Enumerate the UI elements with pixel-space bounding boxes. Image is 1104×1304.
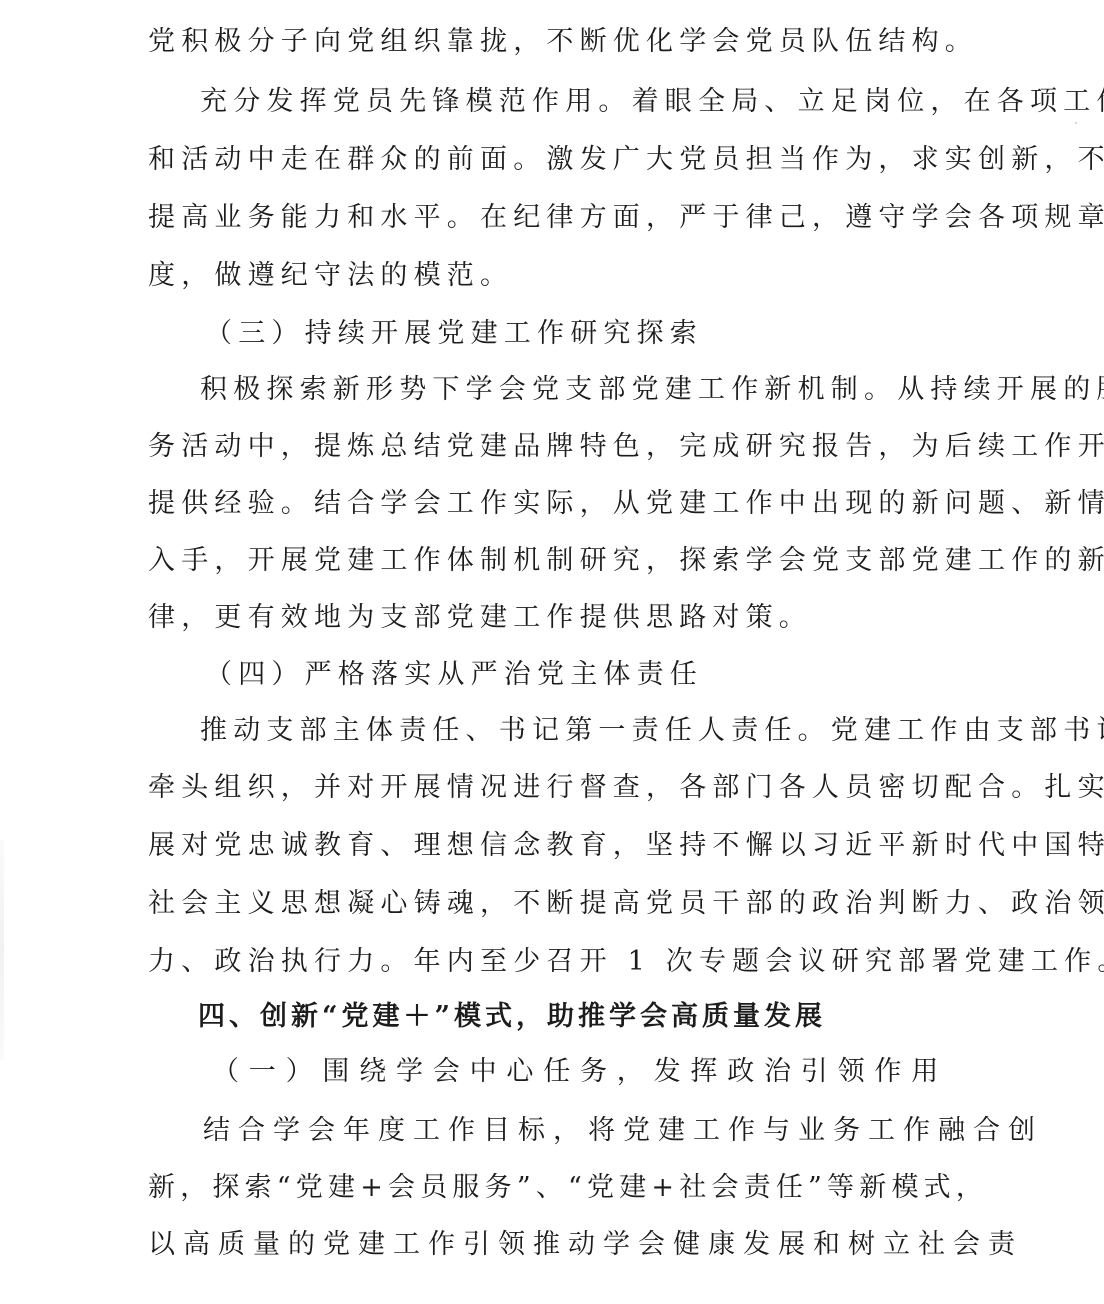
body-line: 力、政治执行力。年内至少召开 1 次专题会议研究部署党建工作。 <box>148 942 918 982</box>
subheading: （三）持续开展党建工作研究探索 <box>205 314 975 354</box>
subheading: （一）围绕学会中心任务，发挥政治引领作用 <box>212 1052 982 1092</box>
body-line: 展对党忠诚教育、理想信念教育，坚持不懈以习近平新时代中国特色 <box>148 826 918 866</box>
section-heading: 四、创新“党建＋”模式，助推学会高质量发展 <box>198 997 968 1037</box>
body-line: 党积极分子向党组织靠拢，不断优化学会党员队伍结构。 <box>148 22 918 62</box>
body-line: 提高业务能力和水平。在纪律方面，严于律己，遵守学会各项规章制 <box>148 198 918 238</box>
body-line: 社会主义思想凝心铸魂，不断提高党员干部的政治判断力、政治领悟 <box>148 884 918 924</box>
document-page: 党积极分子向党组织靠拢，不断优化学会党员队伍结构。 充分发挥党员先锋模范作用。着… <box>0 0 1104 1304</box>
body-line: 律，更有效地为支部党建工作提供思路对策。 <box>148 598 918 638</box>
body-line: 结合学会年度工作目标，将党建工作与业务工作融合创 <box>203 1111 921 1151</box>
body-line: 充分发挥党员先锋模范作用。着眼全局、立足岗位，在各项工作 <box>200 82 918 122</box>
body-line: 度，做遵纪守法的模范。 <box>148 256 918 296</box>
scan-speck <box>1075 122 1077 124</box>
scan-edge-artifact <box>0 840 4 1060</box>
body-line: 入手，开展党建工作体制机制研究，探索学会党支部党建工作的新规 <box>148 541 918 581</box>
subheading: （四）严格落实从严治党主体责任 <box>205 655 975 695</box>
body-line: 和活动中走在群众的前面。激发广大党员担当作为，求实创新，不断 <box>148 140 918 180</box>
body-line: 务活动中，提炼总结党建品牌特色，完成研究报告，为后续工作开展 <box>148 427 918 467</box>
body-line: 新，探索“党建+会员服务”、“党建+社会责任”等新模式， <box>148 1168 918 1208</box>
body-line: 提供经验。结合学会工作实际，从党建工作中出现的新问题、新情况 <box>148 484 918 524</box>
body-line: 积极探索新形势下学会党支部党建工作新机制。从持续开展的服 <box>200 370 918 410</box>
body-line: 以高质量的党建工作引领推动学会健康发展和树立社会责 <box>148 1225 918 1265</box>
body-line: 牵头组织，并对开展情况进行督查，各部门各人员密切配合。扎实开 <box>148 768 918 808</box>
body-line: 推动支部主体责任、书记第一责任人责任。党建工作由支部书记 <box>200 711 918 751</box>
